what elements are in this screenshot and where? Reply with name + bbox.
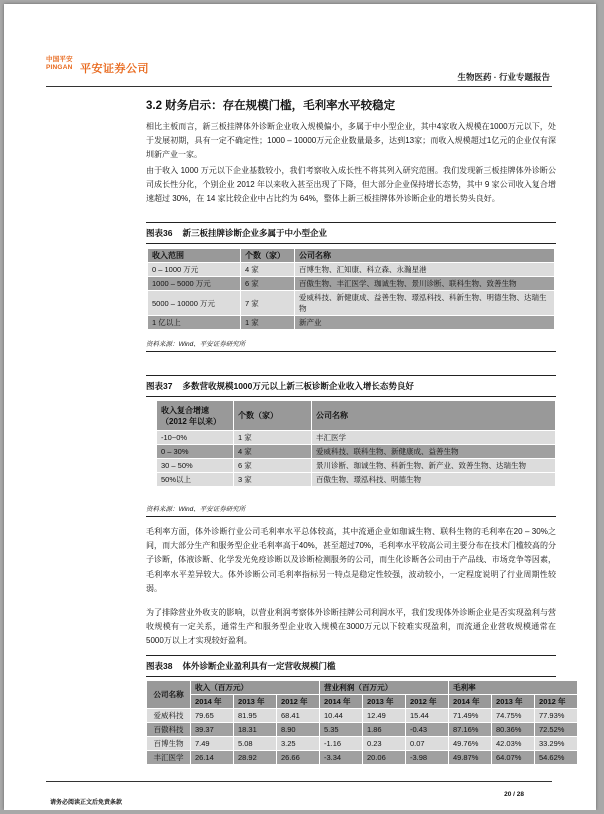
header-cell: 收入范围 [148,249,241,263]
header-divider [46,86,552,87]
cell: 15.44 [406,709,449,723]
cell: 77.93% [535,709,578,723]
table-row: 50%以上 3 家 百傲生物、璟泓科技、明德生物 [157,473,556,487]
cell: 1000 – 5000 万元 [148,277,241,291]
fig37-table: 收入复合增速（2012 年以来） 个数（家） 公司名称 -10~0% 1 家 丰… [156,400,556,487]
year-header: 2012 年 [277,695,320,709]
table-row: 0 – 1000 万元 4 家 百博生物、汇知康、科立森、永瀚星港 [148,263,555,277]
cell: 0.07 [406,737,449,751]
header-cell: 个数（家） [234,401,312,431]
logo-line1: 中国平安 [46,56,73,64]
cell: 68.41 [277,709,320,723]
table-row: 爱威科技 79.65 81.95 68.41 10.44 12.49 15.44… [147,709,578,723]
header-group-operating-profit: 营业利润（百万元） [320,681,449,695]
cell: 49.76% [449,737,492,751]
header-cell: 公司名称 [312,401,556,431]
cell: 72.52% [535,723,578,737]
header-group-revenue: 收入（百万元） [191,681,320,695]
paragraph-1: 相比主板而言，新三板挂牌体外诊断企业收入规模偏小，多属于中小型企业，其中4家收入… [146,120,556,163]
fig38-table: 公司名称 收入（百万元） 营业利润（百万元） 毛利率 2014 年 2013 年… [146,680,578,765]
page-number: 20 / 28 [504,791,524,798]
company-logo: 中国平安 PINGAN 平安证券公司 [46,56,73,72]
cell: -3.98 [406,751,449,765]
cell: 49.87% [449,751,492,765]
cell: 0 – 1000 万元 [148,263,241,277]
cell: 26.14 [191,751,234,765]
year-header: 2012 年 [406,695,449,709]
cell: -1.16 [320,737,363,751]
table-row: 30 – 50% 6 家 景川诊断、珈诚生物、科新生物、新产业、致善生物、达瑞生… [157,459,556,473]
cell: 28.92 [234,751,277,765]
cell: 64.07% [492,751,535,765]
cell: 景川诊断、珈诚生物、科新生物、新产业、致善生物、达瑞生物 [312,459,556,473]
paragraph-4: 为了排除营业外收支的影响，以营业利润考察体外诊断挂牌公司利润水平，我们发现体外诊… [146,606,556,649]
cell: 6 家 [234,459,312,473]
year-header: 2013 年 [363,695,406,709]
fig38-caption: 体外诊断企业盈利具有一定营收规模门槛 [182,660,335,672]
cell: 百博生物、汇知康、科立森、永瀚星港 [295,263,555,277]
cell: 4 家 [241,263,295,277]
fig36-source: 资料来源：Wind、平安证券研究所 [146,338,556,352]
cell: 71.49% [449,709,492,723]
cell: 5000 – 10000 万元 [148,291,241,316]
cell: 爱威科技、新健康成、益善生物、璟泓科技、科新生物、明德生物、达瑞生物 [295,291,555,316]
cell: 20.06 [363,751,406,765]
table-row: 百傲科技 39.37 18.31 8.90 5.35 1.86 -0.43 87… [147,723,578,737]
table-row: 0 – 30% 4 家 爱威科技、联科生物、新健康成、益善生物 [157,445,556,459]
cell: 丰汇医学 [312,431,556,445]
table-row: 5000 – 10000 万元 7 家 爱威科技、新健康成、益善生物、璟泓科技、… [148,291,555,316]
logo-company-name: 平安证券公司 [80,60,149,76]
cell: 1 家 [241,316,295,330]
document-page: 中国平安 PINGAN 平安证券公司 生物医药 · 行业专题报告 3.2 财务启… [4,4,596,810]
cell: 5.35 [320,723,363,737]
company-cell: 百傲科技 [147,723,191,737]
cell: 54.62% [535,751,578,765]
fig38-label: 图表38 [146,660,172,672]
viewer-background [0,810,604,814]
cell: 7.49 [191,737,234,751]
fig37-label: 图表37 [146,380,172,392]
fig36-title: 图表36 新三板挂牌诊断企业多属于中小型企业 [146,222,556,244]
table-group-header-row: 公司名称 收入（百万元） 营业利润（百万元） 毛利率 [147,681,578,695]
cell: 0 – 30% [157,445,234,459]
header-cell: 收入复合增速（2012 年以来） [157,401,234,431]
fig37-caption: 多数营收规模1000万元以上新三板诊断企业收入增长态势良好 [182,380,413,392]
cell: 1 亿以上 [148,316,241,330]
fig36-caption: 新三板挂牌诊断企业多属于中小型企业 [182,227,327,239]
table-row: 1000 – 5000 万元 6 家 百傲生物、丰汇医学、珈诚生物、景川诊断、联… [148,277,555,291]
cell: 81.95 [234,709,277,723]
year-header: 2014 年 [449,695,492,709]
cell: -3.34 [320,751,363,765]
fig36-table: 收入范围 个数（家） 公司名称 0 – 1000 万元 4 家 百博生物、汇知康… [147,248,555,330]
cell: -10~0% [157,431,234,445]
section-title: 3.2 财务启示：存在规模门槛，毛利率水平较稳定 [146,97,556,113]
table-row: 丰汇医学 26.14 28.92 26.66 -3.34 20.06 -3.98… [147,751,578,765]
cell: 3.25 [277,737,320,751]
footer-divider [46,781,552,782]
cell: 26.66 [277,751,320,765]
logo-line2: PINGAN [46,64,73,72]
cell: 33.29% [535,737,578,751]
cell: 87.16% [449,723,492,737]
cell: 百傲生物、璟泓科技、明德生物 [312,473,556,487]
table-header-row: 收入复合增速（2012 年以来） 个数（家） 公司名称 [157,401,556,431]
year-header: 2014 年 [191,695,234,709]
company-cell: 爱威科技 [147,709,191,723]
year-header: 2014 年 [320,695,363,709]
cell: 1 家 [234,431,312,445]
cell: 5.08 [234,737,277,751]
cell: 4 家 [234,445,312,459]
table-row: 1 亿以上 1 家 新产业 [148,316,555,330]
cell: 18.31 [234,723,277,737]
cell: 50%以上 [157,473,234,487]
cell: 6 家 [241,277,295,291]
paragraph-2: 由于收入 1000 万元以下企业基数较小，我们考察收入成长性不将其列入研究范围。… [146,164,556,207]
cell: 8.90 [277,723,320,737]
fig36-label: 图表36 [146,227,172,239]
year-header: 2013 年 [234,695,277,709]
cell: 3 家 [234,473,312,487]
header-company: 公司名称 [147,681,191,709]
cell: 39.37 [191,723,234,737]
table-header-row: 收入范围 个数（家） 公司名称 [148,249,555,263]
table-row: -10~0% 1 家 丰汇医学 [157,431,556,445]
cell: 新产业 [295,316,555,330]
cell: -0.43 [406,723,449,737]
cell: 80.36% [492,723,535,737]
fig37-title: 图表37 多数营收规模1000万元以上新三板诊断企业收入增长态势良好 [146,375,556,397]
table-row: 百博生物 7.49 5.08 3.25 -1.16 0.23 0.07 49.7… [147,737,578,751]
cell: 7 家 [241,291,295,316]
fig37-source: 资料来源：Wind、平安证券研究所 [146,503,556,517]
cell: 1.86 [363,723,406,737]
header-group-gross-margin: 毛利率 [449,681,578,695]
footer-disclaimer: 请务必阅读正文后免责条款 [50,797,122,806]
year-header: 2012 年 [535,695,578,709]
cell: 42.03% [492,737,535,751]
cell: 爱威科技、联科生物、新健康成、益善生物 [312,445,556,459]
cell: 30 – 50% [157,459,234,473]
cell: 74.75% [492,709,535,723]
year-header: 2013 年 [492,695,535,709]
fig38-title: 图表38 体外诊断企业盈利具有一定营收规模门槛 [146,655,556,677]
cell: 79.65 [191,709,234,723]
cell: 12.49 [363,709,406,723]
report-type: 生物医药 · 行业专题报告 [457,71,550,83]
header-cell: 个数（家） [241,249,295,263]
cell: 0.23 [363,737,406,751]
table-year-header-row: 2014 年 2013 年 2012 年 2014 年 2013 年 2012 … [147,695,578,709]
header-cell: 公司名称 [295,249,555,263]
company-cell: 百博生物 [147,737,191,751]
company-cell: 丰汇医学 [147,751,191,765]
cell: 百傲生物、丰汇医学、珈诚生物、景川诊断、联科生物、致善生物 [295,277,555,291]
cell: 10.44 [320,709,363,723]
paragraph-3: 毛利率方面，体外诊断行业公司毛利率水平总体较高，其中流通企业如珈诚生物、联科生物… [146,525,556,596]
